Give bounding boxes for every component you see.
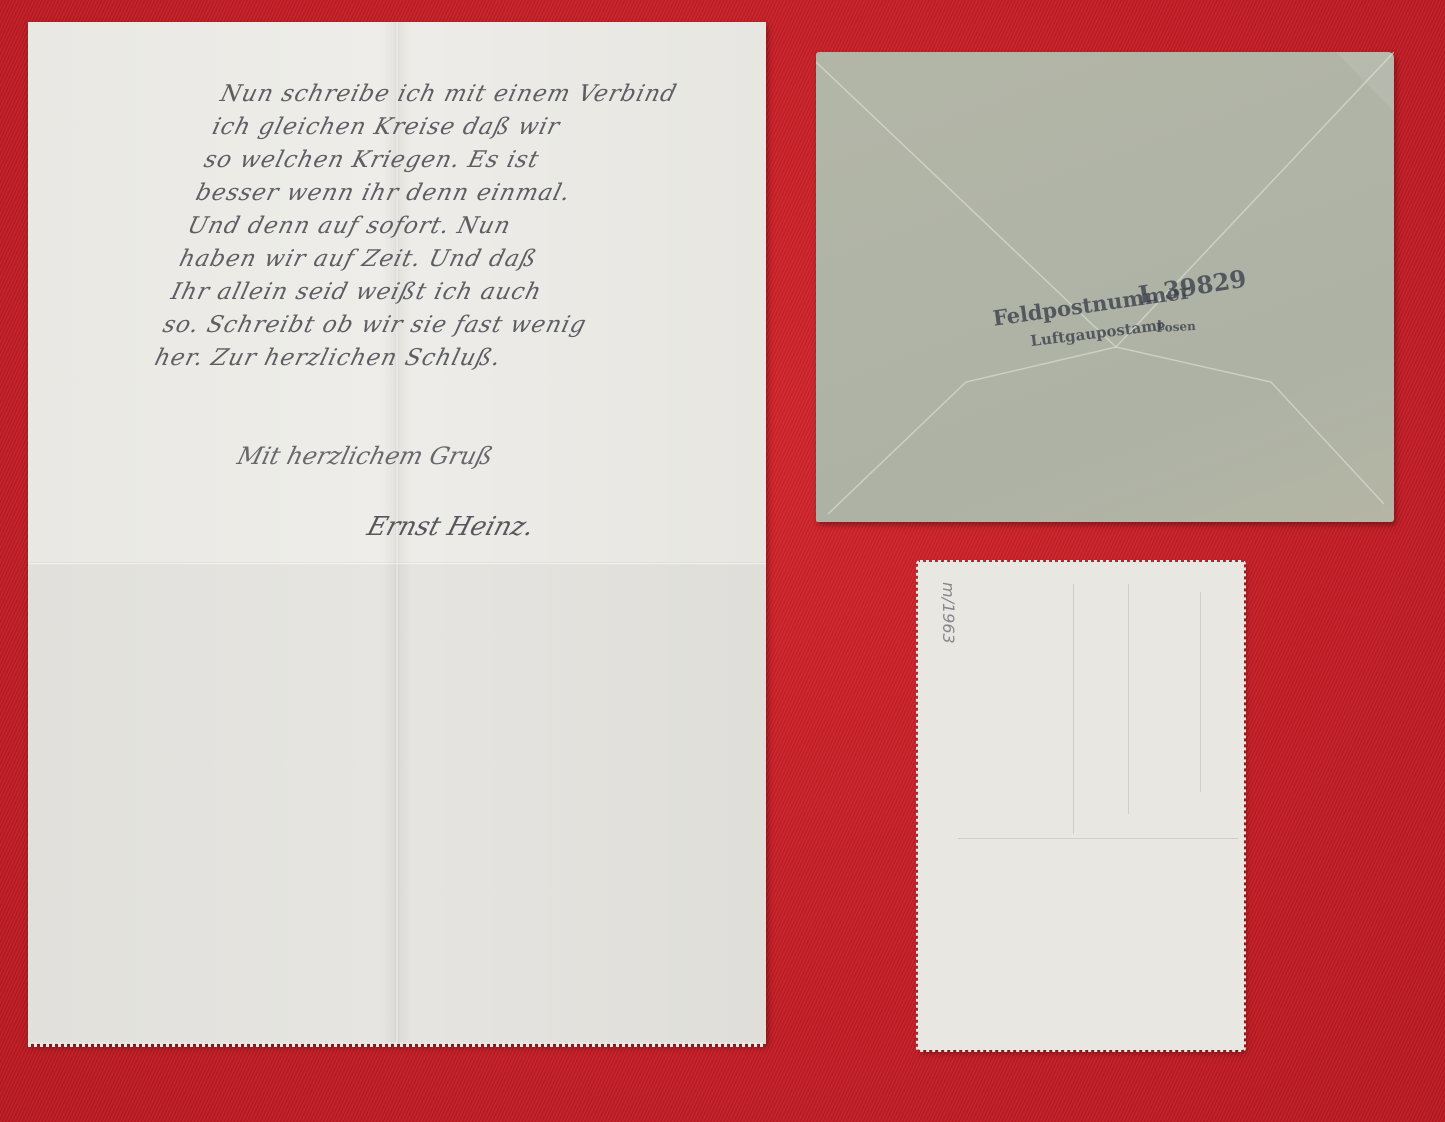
stamp-city: Posen <box>1156 319 1197 335</box>
perforated-edge <box>28 1042 766 1047</box>
letter-line: her. Zur herzlichen Schluß. <box>151 342 739 375</box>
letter-body: Nun schreibe ich mit einem Verbind ich g… <box>151 78 805 375</box>
faint-divider-line <box>1073 584 1074 834</box>
handwritten-letter: Nun schreibe ich mit einem Verbind ich g… <box>28 22 766 1044</box>
envelope-flap-lines <box>816 52 1394 522</box>
letter-line: Nun schreibe ich mit einem Verbind <box>217 78 805 111</box>
faint-divider-line <box>1128 584 1129 814</box>
letter-line: Ihr allein seid weißt ich auch <box>167 276 755 309</box>
letter-line: so. Schreibt ob wir sie fast wenig <box>159 309 747 342</box>
letter-line: Und denn auf sofort. Nun <box>184 210 772 243</box>
letter-closing: Mit herzlichem Gruß <box>235 442 496 470</box>
faint-divider-line <box>1200 592 1201 792</box>
pencil-annotation: m/1963 <box>939 582 958 644</box>
envelope-back: Feldpostnummer L 39829 Luftgaupostamt Po… <box>816 52 1394 522</box>
letter-line: ich gleichen Kreise daß wir <box>209 111 797 144</box>
letter-line: besser wenn ihr denn einmal. <box>192 177 780 210</box>
letter-line: so welchen Kriegen. Es ist <box>200 144 788 177</box>
letter-signature: Ernst Heinz. <box>364 512 538 542</box>
faint-divider-line <box>958 838 1238 839</box>
photo-card-back: m/1963 <box>918 562 1244 1050</box>
letter-line: haben wir auf Zeit. Und daß <box>176 243 764 276</box>
